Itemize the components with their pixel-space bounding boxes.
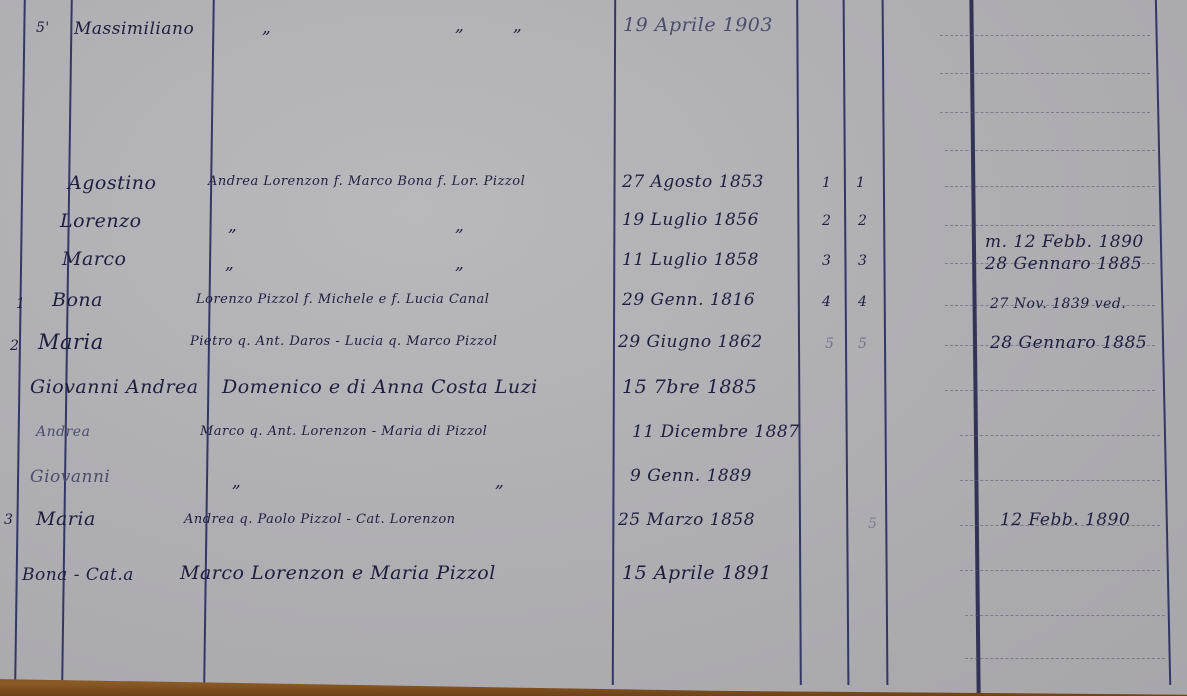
guide-line (960, 480, 1160, 482)
row-name: Massimiliano (74, 19, 194, 39)
row-col-b: 5 (858, 336, 867, 352)
row-parents-ditto: „ (455, 254, 464, 274)
ledger-page: 5' Massimiliano „ „ „ 19 Aprile 1903 Ago… (0, 0, 1187, 696)
guide-line (960, 435, 1160, 437)
row-number: 5' (36, 20, 50, 36)
column-rule-col-a (843, 0, 850, 685)
row-date: 11 Luglio 1858 (622, 250, 759, 270)
row-parents: Lorenzo Pizzol f. Michele e f. Lucia Can… (196, 292, 489, 307)
row-name: Bona - Cat.a (22, 565, 134, 585)
row-name: Andrea (36, 424, 90, 440)
row-col-b: 2 (858, 213, 867, 229)
row-note: 28 Gennaro 1885 (990, 333, 1147, 353)
column-rule-col-b (882, 0, 889, 685)
row-col-a: 5 (825, 336, 834, 352)
row-parents-ditto: „ (455, 16, 464, 36)
row-note: 27 Nov. 1839 ved. (990, 296, 1126, 312)
row-parents-ditto: „ (225, 254, 234, 274)
column-rule-right-edge (1155, 0, 1171, 685)
row-note: 12 Febb. 1890 (1000, 510, 1130, 530)
row-col-b: 3 (858, 253, 867, 269)
row-col-b: 5 (868, 516, 877, 532)
guide-line (945, 186, 1155, 188)
row-name: Bona (52, 289, 103, 311)
row-col-a: 4 (822, 294, 831, 310)
guide-line (945, 225, 1155, 227)
row-date: 29 Giugno 1862 (618, 332, 763, 352)
row-parents: Andrea q. Paolo Pizzol - Cat. Lorenzon (184, 512, 456, 527)
row-date: 15 7bre 1885 (622, 376, 757, 398)
row-number: 3 (4, 512, 13, 528)
guide-line (940, 112, 1150, 114)
row-parents-ditto: „ (455, 216, 464, 236)
column-rule-margin (969, 0, 980, 695)
row-name: Maria (38, 330, 104, 354)
row-parents: Andrea Lorenzon f. Marco Bona f. Lor. Pi… (208, 174, 525, 189)
row-parents: Marco q. Ant. Lorenzon - Maria di Pizzol (200, 424, 487, 439)
row-col-a: 1 (822, 175, 831, 191)
row-parents-ditto: „ (495, 472, 504, 492)
row-number: 2 (10, 338, 19, 354)
guide-line (940, 73, 1150, 75)
row-col-a: 3 (822, 253, 831, 269)
row-date: 29 Genn. 1816 (622, 290, 755, 310)
row-note: m. 12 Febb. 1890 (985, 232, 1144, 252)
row-name: Giovanni Andrea (30, 376, 199, 398)
row-col-a: 2 (822, 213, 831, 229)
row-name: Marco (62, 248, 126, 270)
row-name: Lorenzo (60, 210, 142, 232)
row-parents: Domenico e di Anna Costa Luzi (222, 376, 538, 398)
row-date: 19 Aprile 1903 (623, 14, 773, 36)
row-date: 11 Dicembre 1887 (632, 422, 800, 442)
guide-line (965, 615, 1165, 617)
row-parents: Pietro q. Ant. Daros - Lucia q. Marco Pi… (190, 334, 497, 349)
guide-line (945, 390, 1155, 392)
row-parents-ditto: „ (232, 472, 241, 492)
guide-line (940, 35, 1150, 37)
row-number: 1 (16, 296, 25, 312)
row-name: Agostino (68, 172, 156, 194)
row-date: 25 Marzo 1858 (618, 510, 755, 530)
row-date: 27 Agosto 1853 (622, 172, 764, 192)
row-col-b: 4 (858, 294, 867, 310)
row-name: Giovanni (30, 467, 110, 487)
column-rule-parents (612, 0, 616, 685)
row-parents-ditto: „ (262, 18, 271, 38)
row-parents-ditto: „ (228, 216, 237, 236)
row-parents-ditto: „ (513, 16, 522, 36)
row-date: 19 Luglio 1856 (622, 210, 759, 230)
row-note: 28 Gennaro 1885 (985, 254, 1142, 274)
column-rule-date (796, 0, 802, 685)
row-date: 9 Genn. 1889 (630, 466, 752, 486)
wooden-table-edge (0, 670, 1187, 696)
guide-line (960, 570, 1160, 572)
row-parents: Marco Lorenzon e Maria Pizzol (180, 562, 496, 584)
row-col-b: 1 (856, 175, 865, 191)
row-name: Maria (36, 508, 96, 530)
row-date: 15 Aprile 1891 (622, 562, 772, 584)
guide-line (945, 150, 1155, 152)
guide-line (965, 658, 1165, 660)
